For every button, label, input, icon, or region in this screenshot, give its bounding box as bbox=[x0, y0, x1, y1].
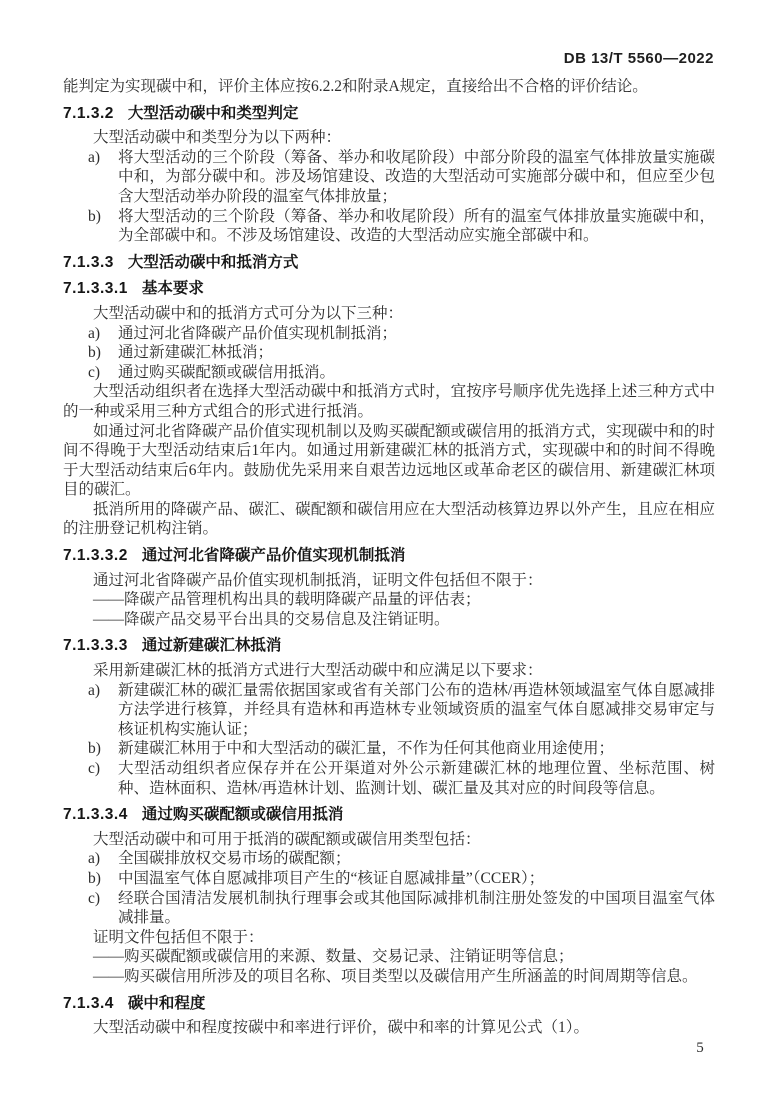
list-item-text: 新建碳汇林的碳汇量需依据国家或省有关部门公布的造林/再造林领域温室气体自愿减排方… bbox=[118, 682, 715, 738]
section-title: 基本要求 bbox=[142, 280, 204, 297]
list-item-a: a)将大型活动的三个阶段（筹备、举办和收尾阶段）中部分阶段的温室气体排放量实施碳… bbox=[63, 148, 715, 207]
dash-list-item: ——购买碳配额或碳信用的来源、数量、交易记录、注销证明等信息； bbox=[63, 947, 715, 967]
section-heading-7-1-3-3-3: 7.1.3.3.3通过新建碳汇林抵消 bbox=[63, 636, 715, 656]
list-marker: c) bbox=[88, 759, 100, 779]
list-marker: b) bbox=[88, 739, 101, 759]
list-item-text: 中国温室气体自愿减排项目产生的“核证自愿减排量”（CCER）； bbox=[118, 870, 544, 887]
section-number: 7.1.3.3 bbox=[63, 254, 114, 271]
section-title: 通过河北省降碳产品价值实现机制抵消 bbox=[142, 547, 406, 564]
list-item-b: b)新建碳汇林用于中和大型活动的碳汇量，不作为任何其他商业用途使用； bbox=[63, 739, 715, 759]
list-item-text: 经联合国清洁发展机制执行理事会或其他国际减排机制注册处签发的中国项目温室气体减排… bbox=[118, 890, 715, 927]
list-item-text: 全国碳排放权交易市场的碳配额； bbox=[118, 850, 351, 867]
paragraph: 大型活动碳中和类型分为以下两种： bbox=[63, 128, 715, 148]
section-heading-7-1-3-2: 7.1.3.2大型活动碳中和类型判定 bbox=[63, 104, 715, 124]
list-item-b: b)将大型活动的三个阶段（筹备、举办和收尾阶段）所有的温室气体排放量实施碳中和，… bbox=[63, 207, 715, 246]
paragraph: 抵消所用的降碳产品、碳汇、碳配额和碳信用应在大型活动核算边界以外产生，且应在相应… bbox=[63, 500, 715, 539]
list-marker: a) bbox=[88, 148, 100, 168]
section-title: 通过新建碳汇林抵消 bbox=[142, 637, 282, 654]
document-code-header: DB 13/T 5560—2022 bbox=[564, 50, 714, 67]
section-number: 7.1.3.4 bbox=[63, 995, 114, 1012]
section-title: 碳中和程度 bbox=[128, 995, 206, 1012]
section-heading-7-1-3-3-1: 7.1.3.3.1基本要求 bbox=[63, 279, 715, 299]
list-item-text: 大型活动组织者应保存并在公开渠道对外公示新建碳汇林的地理位置、坐标范围、树种、造… bbox=[118, 760, 715, 797]
list-item-text: 将大型活动的三个阶段（筹备、举办和收尾阶段）所有的温室气体排放量实施碳中和，为全… bbox=[118, 208, 715, 245]
list-marker: b) bbox=[88, 343, 101, 363]
list-item-c: c)通过购买碳配额或碳信用抵消。 bbox=[63, 363, 715, 383]
paragraph: 采用新建碳汇林的抵消方式进行大型活动碳中和应满足以下要求： bbox=[63, 661, 715, 681]
list-item-text: 通过新建碳汇林抵消； bbox=[118, 344, 273, 361]
list-item-a: a)全国碳排放权交易市场的碳配额； bbox=[63, 849, 715, 869]
paragraph-continued: 能判定为实现碳中和，评价主体应按6.2.2和附录A规定，直接给出不合格的评价结论… bbox=[63, 77, 715, 97]
list-item-a: a)通过河北省降碳产品价值实现机制抵消； bbox=[63, 324, 715, 344]
section-heading-7-1-3-3: 7.1.3.3大型活动碳中和抵消方式 bbox=[63, 253, 715, 273]
page-number: 5 bbox=[690, 1040, 710, 1057]
section-number: 7.1.3.3.3 bbox=[63, 637, 128, 654]
paragraph: 大型活动碳中和可用于抵消的碳配额或碳信用类型包括： bbox=[63, 830, 715, 850]
list-marker: b) bbox=[88, 207, 101, 227]
section-number: 7.1.3.3.4 bbox=[63, 806, 128, 823]
document-page: DB 13/T 5560—2022 能判定为实现碳中和，评价主体应按6.2.2和… bbox=[0, 0, 772, 1106]
paragraph: 通过河北省降碳产品价值实现机制抵消，证明文件包括但不限于： bbox=[63, 571, 715, 591]
dash-list-item: ——购买碳信用所涉及的项目名称、项目类型以及碳信用产生所涵盖的时间周期等信息。 bbox=[63, 967, 715, 987]
section-heading-7-1-3-4: 7.1.3.4碳中和程度 bbox=[63, 994, 715, 1014]
list-marker: a) bbox=[88, 681, 100, 701]
section-title: 大型活动碳中和类型判定 bbox=[128, 105, 299, 122]
list-marker: a) bbox=[88, 849, 100, 869]
paragraph: 证明文件包括但不限于： bbox=[63, 928, 715, 948]
paragraph: 大型活动碳中和的抵消方式可分为以下三种： bbox=[63, 304, 715, 324]
section-number: 7.1.3.2 bbox=[63, 105, 114, 122]
list-item-c: c)经联合国清洁发展机制执行理事会或其他国际减排机制注册处签发的中国项目温室气体… bbox=[63, 889, 715, 928]
list-item-b: b)中国温室气体自愿减排项目产生的“核证自愿减排量”（CCER）； bbox=[63, 869, 715, 889]
section-number: 7.1.3.3.2 bbox=[63, 547, 128, 564]
list-item-text: 通过购买碳配额或碳信用抵消。 bbox=[118, 364, 335, 381]
section-heading-7-1-3-3-4: 7.1.3.3.4通过购买碳配额或碳信用抵消 bbox=[63, 805, 715, 825]
dash-list-item: ——降碳产品管理机构出具的载明降碳产品量的评估表； bbox=[63, 590, 715, 610]
list-item-a: a)新建碳汇林的碳汇量需依据国家或省有关部门公布的造林/再造林领域温室气体自愿减… bbox=[63, 681, 715, 740]
dash-list-item: ——降碳产品交易平台出具的交易信息及注销证明。 bbox=[63, 610, 715, 630]
section-heading-7-1-3-3-2: 7.1.3.3.2通过河北省降碳产品价值实现机制抵消 bbox=[63, 546, 715, 566]
list-item-text: 通过河北省降碳产品价值实现机制抵消； bbox=[118, 325, 397, 342]
list-item-text: 新建碳汇林用于中和大型活动的碳汇量，不作为任何其他商业用途使用； bbox=[118, 740, 614, 757]
section-title: 大型活动碳中和抵消方式 bbox=[128, 254, 299, 271]
paragraph: 大型活动组织者在选择大型活动碳中和抵消方式时，宜按序号顺序优先选择上述三种方式中… bbox=[63, 382, 715, 421]
document-body: 能判定为实现碳中和，评价主体应按6.2.2和附录A规定，直接给出不合格的评价结论… bbox=[63, 77, 715, 1038]
list-item-c: c)大型活动组织者应保存并在公开渠道对外公示新建碳汇林的地理位置、坐标范围、树种… bbox=[63, 759, 715, 798]
paragraph: 如通过河北省降碳产品价值实现机制以及购买碳配额或碳信用的抵消方式，实现碳中和的时… bbox=[63, 422, 715, 500]
list-item-text: 将大型活动的三个阶段（筹备、举办和收尾阶段）中部分阶段的温室气体排放量实施碳中和… bbox=[118, 149, 715, 205]
list-marker: a) bbox=[88, 324, 100, 344]
paragraph: 大型活动碳中和程度按碳中和率进行评价，碳中和率的计算见公式（1）。 bbox=[63, 1018, 715, 1038]
section-number: 7.1.3.3.1 bbox=[63, 280, 128, 297]
section-title: 通过购买碳配额或碳信用抵消 bbox=[142, 806, 344, 823]
list-marker: c) bbox=[88, 363, 100, 383]
list-item-b: b)通过新建碳汇林抵消； bbox=[63, 343, 715, 363]
list-marker: c) bbox=[88, 889, 100, 909]
list-marker: b) bbox=[88, 869, 101, 889]
